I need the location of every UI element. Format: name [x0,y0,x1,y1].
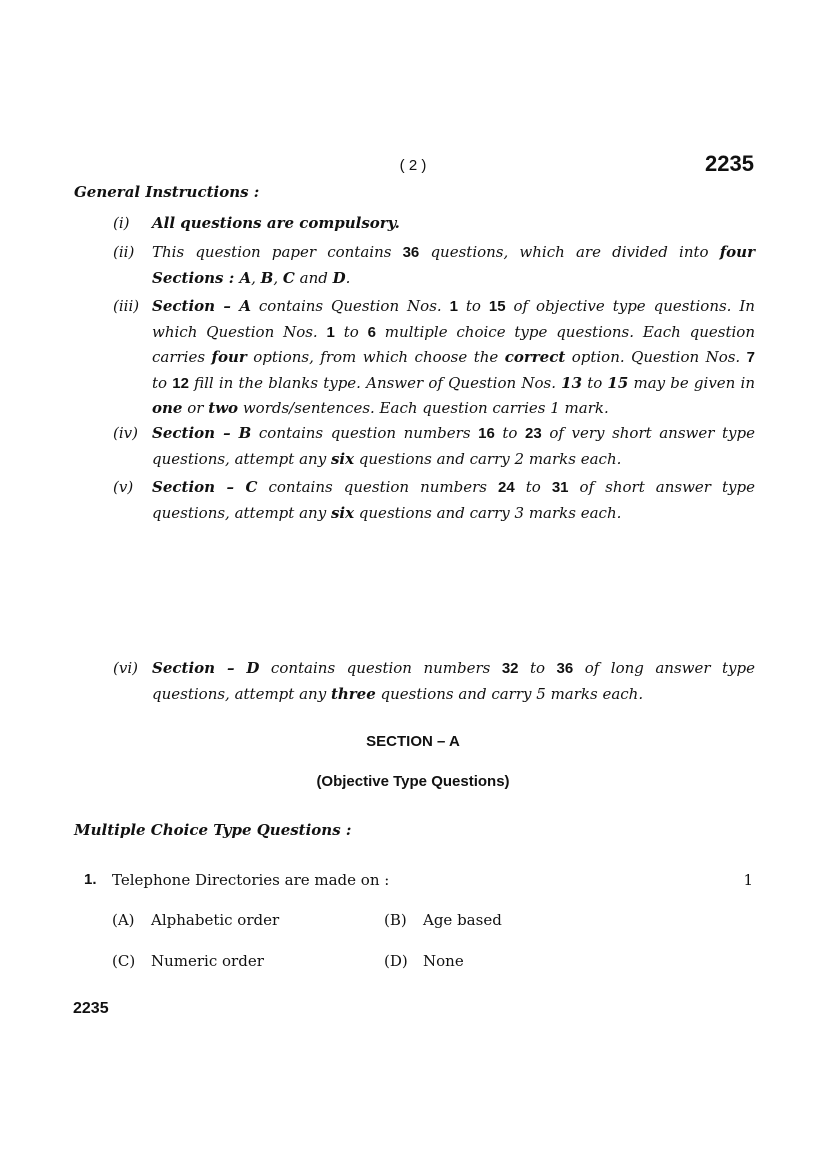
question-number: 1. [84,871,97,888]
option-text: Alphabetic order [151,911,279,929]
option-label: (C) [112,952,151,970]
instruction-text: Section – A contains Question Nos. 1 to … [152,294,755,421]
paper-code-header: 2235 [705,151,754,177]
instruction-text: Section – D contains question numbers 32… [152,656,755,706]
general-instructions-title: General Instructions : [74,183,259,201]
instruction-number: (i) [113,211,149,236]
instruction-item: (vi) Section – D contains question numbe… [113,656,755,706]
instruction-text: Section – B contains question numbers 16… [152,421,755,471]
instruction-text: Section – C contains question numbers 24… [152,475,755,525]
option-label: (D) [384,952,423,970]
instruction-number: (ii) [113,240,149,265]
section-subtitle: (Objective Type Questions) [0,773,826,790]
question-text: Telephone Directories are made on : [112,871,389,889]
option-text: Numeric order [151,952,264,970]
option-text: Age based [423,911,502,929]
mcq-heading: Multiple Choice Type Questions : [74,821,351,839]
instruction-number: (iv) [113,421,149,446]
option-c: (C)Numeric order [112,952,264,970]
instruction-item: (v) Section – C contains question number… [113,475,755,525]
option-d: (D)None [384,952,464,970]
instruction-number: (iii) [113,294,149,319]
instruction-item: (iii) Section – A contains Question Nos.… [113,294,755,421]
instruction-text: All questions are compulsory. [152,211,755,236]
option-text: None [423,952,464,970]
instruction-item: (iv) Section – B contains question numbe… [113,421,755,471]
question-marks: 1 [743,871,753,889]
instruction-text: This question paper contains 36 question… [152,240,755,290]
option-a: (A)Alphabetic order [112,911,279,929]
instruction-item: (ii) This question paper contains 36 que… [113,240,755,290]
instruction-number: (vi) [113,656,149,681]
instruction-number: (v) [113,475,149,500]
option-b: (B)Age based [384,911,502,929]
page-number: ( 2 ) [380,157,446,174]
instruction-item: (i) All questions are compulsory. [113,211,755,236]
paper-code-footer: 2235 [73,1000,109,1018]
section-title: SECTION – A [0,733,826,750]
option-label: (A) [112,911,151,929]
option-label: (B) [384,911,423,929]
